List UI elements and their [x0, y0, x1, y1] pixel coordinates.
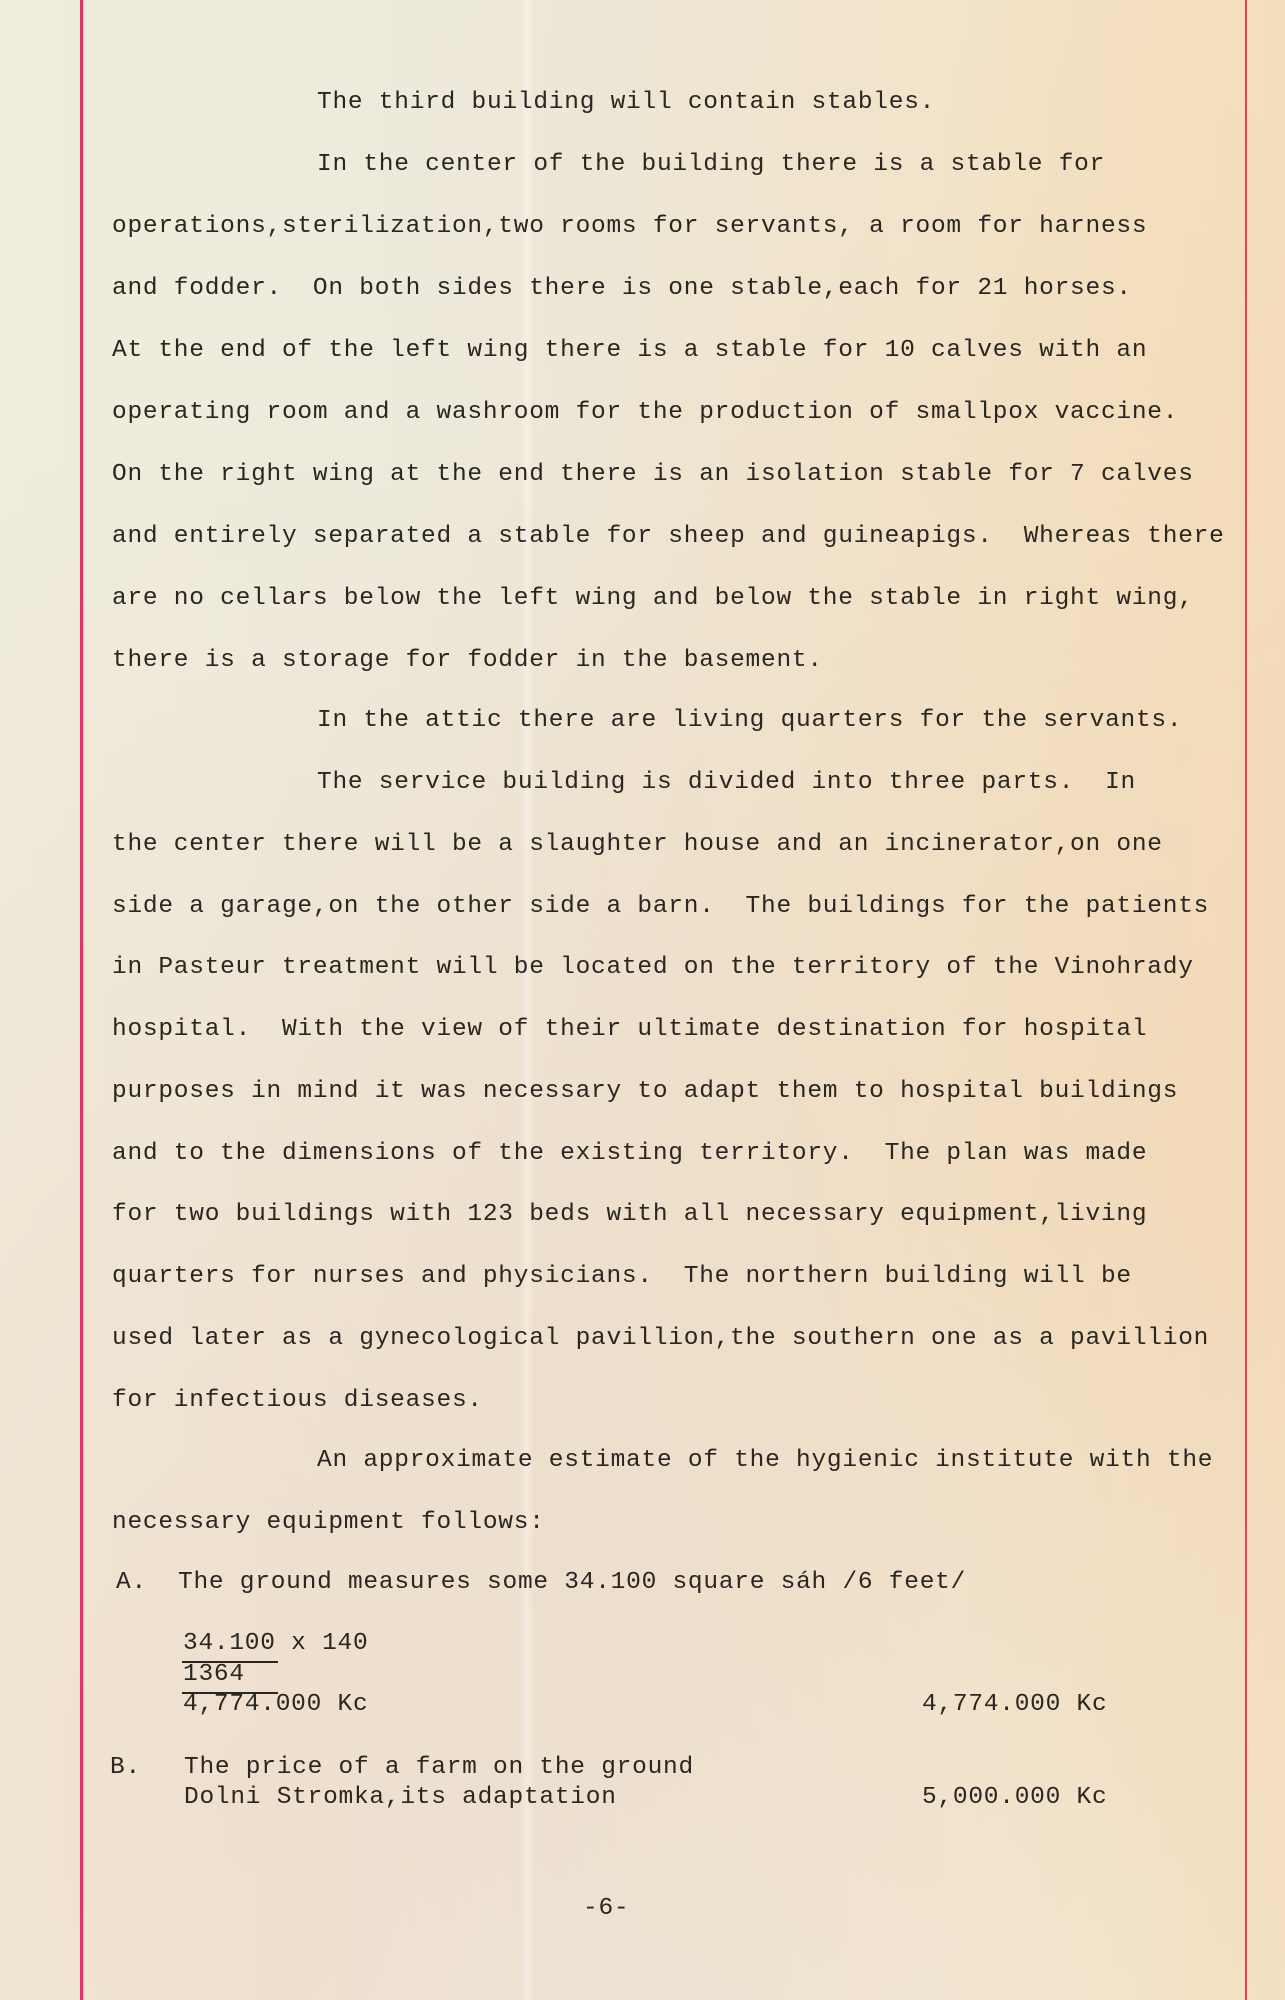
text-line: In the attic there are living quarters f…	[317, 706, 1182, 736]
text-line: quarters for nurses and physicians. The …	[112, 1262, 1132, 1292]
calculation-line: 4,774.000 Kc	[183, 1690, 368, 1720]
right-margin-rule	[1245, 0, 1247, 2000]
estimate-item-amount: 4,774.000 Kc	[922, 1690, 1107, 1720]
text-line: At the end of the left wing there is a s…	[112, 336, 1147, 366]
text-line: purposes in mind it was necessary to ada…	[112, 1077, 1178, 1107]
page-number: -6-	[583, 1894, 629, 1924]
estimate-item-amount: 5,000.000 Kc	[922, 1783, 1107, 1813]
text-line: and fodder. On both sides there is one s…	[112, 274, 1132, 304]
estimate-item-label: A.	[116, 1568, 147, 1598]
text-line: the center there will be a slaughter hou…	[112, 830, 1163, 860]
calculation-line: 34.100 x 140	[183, 1629, 368, 1659]
text-line: in Pasteur treatment will be located on …	[112, 953, 1194, 983]
estimate-item-label: B.	[110, 1753, 141, 1783]
estimate-item-description: The price of a farm on the ground	[184, 1753, 694, 1783]
document-page: The third building will contain stables.…	[0, 0, 1285, 2000]
text-line: The third building will contain stables.	[317, 88, 935, 118]
text-line: used later as a gynecological pavillion,…	[112, 1324, 1209, 1354]
text-line: for two buildings with 123 beds with all…	[112, 1200, 1147, 1230]
text-line: The service building is divided into thr…	[317, 768, 1136, 798]
text-line: for infectious diseases.	[112, 1386, 483, 1416]
text-line: necessary equipment follows:	[112, 1508, 545, 1538]
text-line: are no cellars below the left wing and b…	[112, 584, 1194, 614]
text-line: operations,sterilization,two rooms for s…	[112, 212, 1147, 242]
text-line: hospital. With the view of their ultimat…	[112, 1015, 1147, 1045]
estimate-item-description: Dolni Stromka,its adaptation	[184, 1783, 617, 1813]
left-margin-rule	[80, 0, 83, 2000]
text-line: On the right wing at the end there is an…	[112, 460, 1194, 490]
text-line: and to the dimensions of the existing te…	[112, 1139, 1147, 1169]
estimate-item-description: The ground measures some 34.100 square s…	[178, 1568, 966, 1598]
text-line: and entirely separated a stable for shee…	[112, 522, 1225, 552]
text-line: In the center of the building there is a…	[317, 150, 1105, 180]
text-line: operating room and a washroom for the pr…	[112, 398, 1178, 428]
text-line: there is a storage for fodder in the bas…	[112, 646, 823, 676]
text-line: side a garage,on the other side a barn. …	[112, 892, 1209, 922]
text-line: An approximate estimate of the hygienic …	[317, 1446, 1213, 1476]
calculation-line: 1364	[183, 1660, 245, 1690]
